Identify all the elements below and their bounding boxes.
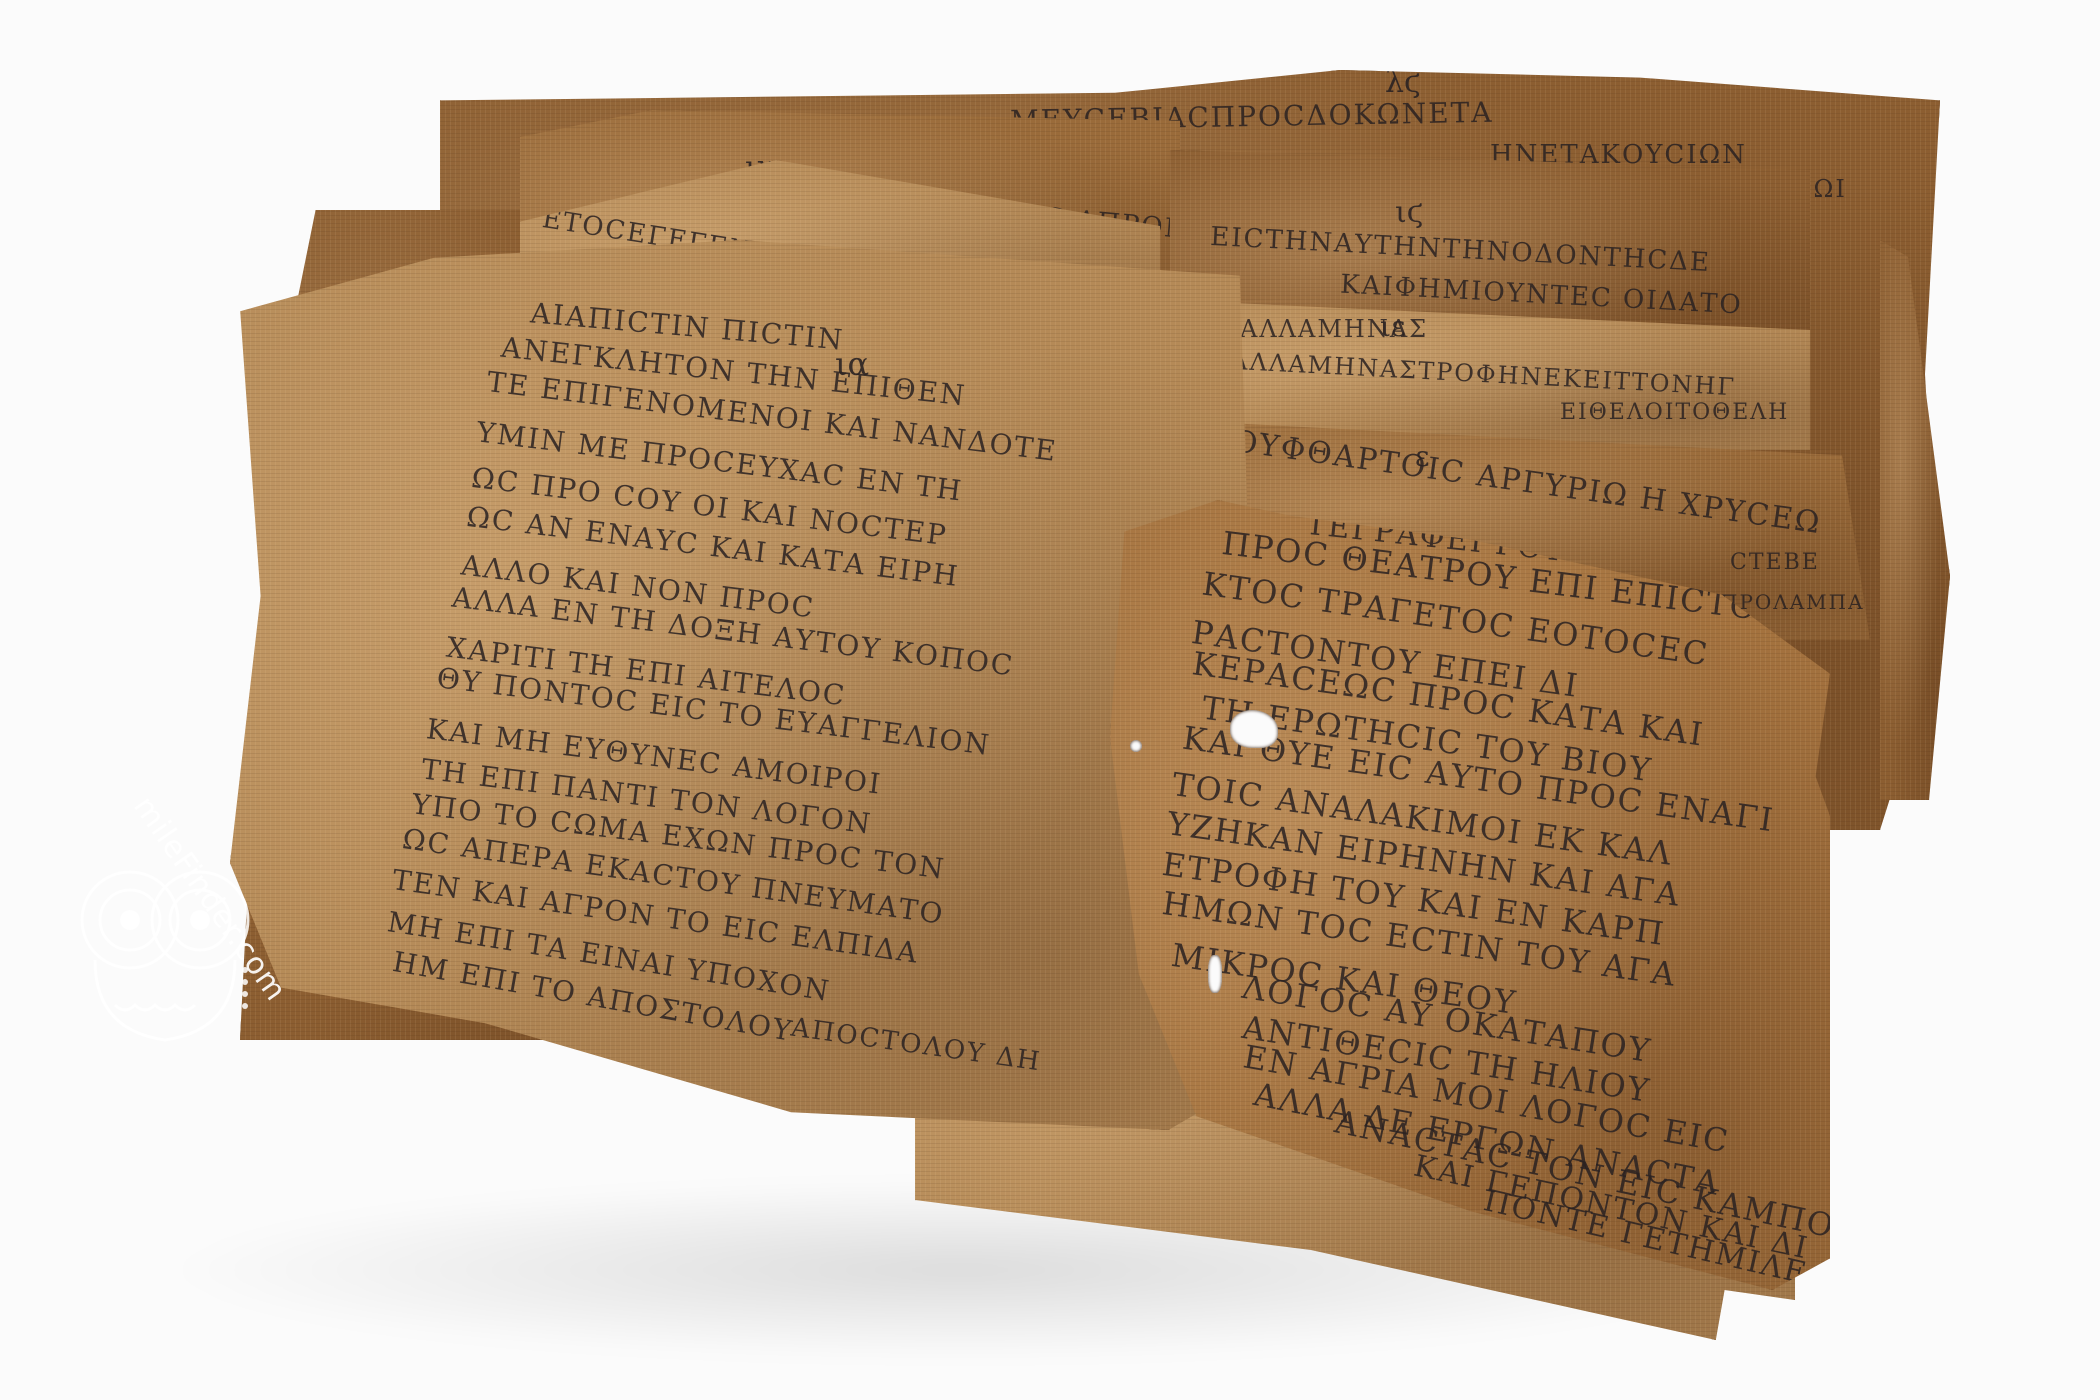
page-number-back: λϛ	[1385, 65, 1421, 100]
text-line: ΑΛΛΑΜΗΝΑΣ	[1240, 315, 1428, 343]
papyrus-stack-edge-right	[1880, 240, 1950, 800]
papyrus-sheet-ia: ια ΑΙΑΠΙϹΤΙΝ ΠΙϹΤΙΝ ΑΝΕΓΚΛΗΤΟΝ ΤΗΝ ΕΠΙΘΕ…	[230, 240, 1250, 1130]
page-number-is: ιϛ	[1395, 195, 1424, 230]
papyrus-hole	[1130, 740, 1142, 752]
papyrus-hole	[1208, 955, 1222, 993]
text-line: ΑΠΟϹΤΟΛΟΥ ΔΗ	[789, 1013, 1043, 1078]
photo-scene: λϛ ΜΕΥϹΕΒΙΑϹΠΡΟϹΔΟΚΩΝΕΤΑ ΗΝΕΤΑΚΟΥϹΙΩΝ ΝΟ…	[0, 0, 2100, 1400]
text-line: ΕΙΘΕΛΟΙΤΟΘΕΛΗ	[1560, 400, 1789, 425]
text-line: ϹΤΕΒΕ	[1730, 550, 1820, 575]
papyrus-hole	[1230, 710, 1278, 748]
text-line: ΑΛΛΑΜΗΝΑΣΤΡΟΦΗΝΕΚΕΙΤΤΟΝΗΓ	[1230, 347, 1737, 401]
text-line: ΕΙϹΤΗΝΑΥΤΗΝΤΗΝΟΔΟΝΤΗϹΔΕ	[1210, 222, 1712, 278]
